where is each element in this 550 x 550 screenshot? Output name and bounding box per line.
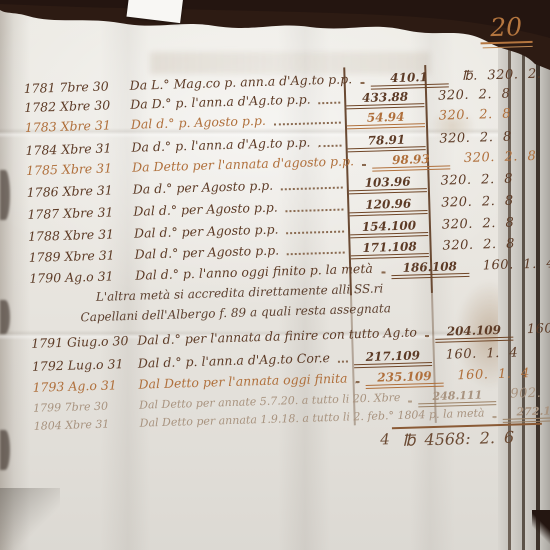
entry-date: 1787 Xbre 31 <box>27 204 129 222</box>
entry-date: 1788 Xbre 31 <box>28 226 130 244</box>
dotted-leader <box>362 163 366 166</box>
entry-date: 1789 Xbre 31 <box>29 247 131 265</box>
page-number-underline <box>483 46 533 48</box>
manuscript-photo: 20 1781 7bre 30 Da L.° Mag.co p. ann.a d… <box>0 0 550 550</box>
dotted-leader <box>287 251 345 256</box>
folio-reference: 217.109 <box>354 348 432 368</box>
tally-check-mark: 4 <box>380 430 390 448</box>
folio-reference: 186.108 <box>391 259 469 279</box>
folio-reference: 103.96 <box>348 174 426 194</box>
page-number-underline <box>481 41 533 45</box>
entry-date: 1793 Ag.o 31 <box>32 377 134 395</box>
amount-value: 160. 1. 4 <box>527 319 550 337</box>
entry-date: 1782 Xbre 30 <box>24 97 126 115</box>
entry-description: Da d.° per Agosto p.p. <box>129 178 274 197</box>
entry-description: Dal d.° p. l'ann.a d'Ag.to Cor.e <box>134 350 330 371</box>
folio-reference: 78.91 <box>347 132 425 152</box>
amount-value: 320. 2. 8 <box>442 215 540 233</box>
amount-value: 320. 2. 8 <box>439 129 537 147</box>
dotted-leader <box>493 415 497 418</box>
folio-reference: 272.115 <box>502 404 550 423</box>
entry-date: 1792 Lug.o 31 <box>32 356 134 374</box>
dotted-leader <box>408 400 412 403</box>
entry-description: Da L.° Mag.co p. ann.a d'Ag.to p.p. <box>125 71 352 93</box>
entry-description: Da d.° p. l'ann.a d'Ag.to p.p. <box>127 135 310 155</box>
amount-text: 320. 2. 8 <box>487 66 550 83</box>
dotted-leader <box>274 121 341 126</box>
amount-value: 320. 2. 8 <box>442 236 540 254</box>
amount-value: 320. 2. 8 <box>438 86 536 104</box>
folio-reference: 154.100 <box>350 218 428 238</box>
dotted-leader <box>319 101 341 105</box>
folio-reference: 171.108 <box>350 239 428 259</box>
dotted-leader <box>425 334 429 337</box>
entry-date: 1786 Xbre 31 <box>27 182 129 200</box>
entry-description: Dal d.° per Agosto p.p. <box>130 221 279 240</box>
entry-date: 1785 Xbre 31 <box>26 160 128 178</box>
dotted-leader <box>318 144 341 148</box>
amount-value: ℔. 320. 2. 8 <box>462 66 550 84</box>
dotted-leader <box>286 208 344 213</box>
entry-description: Dal d.° p. l'anno oggi finito p. la metà <box>131 261 373 283</box>
entry-description: Dal d.° per l'annata da finire con tutto… <box>133 324 417 347</box>
dotted-leader <box>281 186 343 191</box>
amount-value: 160. 1. 4 <box>483 256 550 274</box>
handwritten-content: 20 1781 7bre 30 Da L.° Mag.co p. ann.a d… <box>0 0 550 550</box>
entry-date: 1781 7bre 30 <box>23 78 125 96</box>
amount-value: 160. 1. 4 <box>446 345 544 363</box>
folio-reference: 235.109 <box>365 369 443 389</box>
dotted-leader <box>286 230 344 235</box>
amount-value: 160. 1. 4 <box>457 365 550 383</box>
folio-reference: 98.93 <box>372 151 450 171</box>
amount-value: 320. 2. 8 <box>440 171 538 189</box>
folio-reference: 410.1 <box>370 69 448 89</box>
currency-symbol: ℔. <box>462 69 478 84</box>
entry-date: 1804 Xbre 31 <box>34 417 136 433</box>
entry-date: 1799 7bre 30 <box>33 399 135 415</box>
dotted-leader <box>360 81 364 84</box>
entry-description: Dal Detto per l'annata oggi finita <box>134 371 347 392</box>
grand-total-value: 4568: 2. 6 <box>424 428 514 450</box>
dotted-leader <box>381 270 385 273</box>
amount-value: 320. 2. 8 <box>464 148 550 166</box>
dotted-leader <box>338 359 348 362</box>
entry-description: Dal d.° p. Agosto p.p. <box>127 113 266 132</box>
entry-date: 1790 Ag.o 31 <box>29 268 131 286</box>
entry-description: Dal d.° per Agosto p.p. <box>130 242 279 261</box>
amount-value: 902. 12. — <box>510 384 550 402</box>
folio-reference: 54.94 <box>347 109 425 129</box>
entry-date: 1783 Xbre 31 <box>25 117 127 135</box>
entry-date: 1791 Giug.o 30 <box>31 333 133 351</box>
dotted-leader <box>356 380 360 383</box>
marginal-note-line: Capellani dell'Albergo f. 89 a quali res… <box>80 301 391 324</box>
amount-value: 320. 2. 8 <box>438 106 536 124</box>
page-number: 20 <box>484 12 529 42</box>
amount-value: 320. 2. 8 <box>441 193 539 211</box>
folio-reference: 120.96 <box>349 196 427 216</box>
grand-total: ℔ 4568: 2. 6 <box>402 428 514 450</box>
currency-symbol: ℔ <box>402 431 416 450</box>
folio-reference: 204.109 <box>435 323 513 343</box>
folio-reference: 433.88 <box>346 89 424 109</box>
entry-date: 1784 Xbre 31 <box>25 140 127 158</box>
entry-description: Dal d.° per Agosto p.p. <box>129 200 278 219</box>
